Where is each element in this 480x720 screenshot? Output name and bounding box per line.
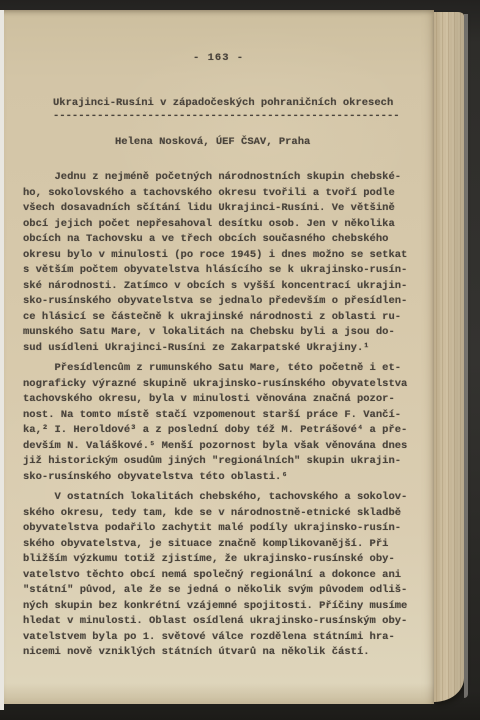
text-line: bližším výzkumu totiž zjistíme, že ukraj… bbox=[23, 552, 407, 568]
text-line: již historickým osudům jiných "regionáln… bbox=[23, 454, 407, 470]
text-line: hledat v minulosti. Oblast osídlená ukra… bbox=[23, 614, 407, 630]
text-line: vatelstvem byla po 1. světové válce rozd… bbox=[23, 630, 407, 646]
page-number: - 163 - bbox=[193, 52, 244, 64]
text-line: ského obyvatelstva, je situace značně ko… bbox=[23, 537, 407, 553]
text-line: nost. Na tomto místě stačí vzpomenout st… bbox=[23, 408, 407, 424]
text-line: sko-rusínského obyvatelstva této oblasti… bbox=[23, 470, 407, 486]
text-line: obcích na Tachovsku a ve třech obcích so… bbox=[23, 232, 407, 248]
text-line: obyvatelstva podařilo zachytit malé podí… bbox=[23, 521, 407, 537]
text-line: sko-rusínského obyvatelstva se jednalo p… bbox=[23, 294, 407, 310]
text-line: všech dosavadních sčítání lidu Ukrajinci… bbox=[23, 201, 407, 217]
text-line: obcí jejich počet nepřesahoval desítku o… bbox=[23, 217, 407, 233]
document-page: - 163 - Ukrajinci-Rusíni v západočeských… bbox=[4, 10, 434, 704]
text-line: vatelstvo těchto obcí nemá společný regi… bbox=[23, 568, 407, 584]
text-line: munského Satu Mare, v lokalitách na Cheb… bbox=[23, 325, 407, 341]
book-fore-edge-pages bbox=[434, 12, 464, 702]
text-line: ho, sokolovského a tachovského okresu tv… bbox=[23, 186, 407, 202]
text-line: sud usídleni Ukrajinci-Rusíni ze Zakarpa… bbox=[23, 341, 407, 357]
body-text: Jednu z nejméně početných národnostních … bbox=[23, 170, 407, 661]
text-line: s větším počtem obyvatelstva hlásícího s… bbox=[23, 263, 407, 279]
author-line: Helena Nosková, ÚEF ČSAV, Praha bbox=[115, 136, 310, 148]
paragraph: V ostatních lokalitách chebského, tachov… bbox=[23, 490, 407, 661]
text-line: ných skupin bez konkrétní vzájemné spoji… bbox=[23, 599, 407, 615]
text-line: Jednu z nejméně početných národnostních … bbox=[23, 170, 407, 186]
text-line: V ostatních lokalitách chebského, tachov… bbox=[23, 490, 407, 506]
text-line: devším N. Valáškové.⁵ Menší pozornost by… bbox=[23, 439, 407, 455]
text-line: nograficky výrazné skupině ukrajinsko-ru… bbox=[23, 377, 407, 393]
title-underline: ----------------------------------------… bbox=[53, 110, 400, 122]
text-line: ka,² I. Heroldové³ a z poslední doby též… bbox=[23, 423, 407, 439]
paragraph: Přesídlencům z rumunského Satu Mare, tét… bbox=[23, 361, 407, 485]
article-title: Ukrajinci-Rusíni v západočeských pohrani… bbox=[53, 97, 393, 109]
text-line: nicemi nově vzniklých státních útvarů na… bbox=[23, 645, 407, 661]
text-line: tachovského okresu, byla v minulosti věn… bbox=[23, 392, 407, 408]
text-line: Přesídlencům z rumunského Satu Mare, tét… bbox=[23, 361, 407, 377]
book-cover-edge bbox=[464, 14, 468, 698]
text-line: ce hlásicí se částečně k ukrajinské náro… bbox=[23, 310, 407, 326]
text-line: ského okresu, tedy tam, kde se v národno… bbox=[23, 506, 407, 522]
paragraph: Jednu z nejméně početných národnostních … bbox=[23, 170, 407, 356]
text-line: "státní" původ, ale že se jedná o několi… bbox=[23, 583, 407, 599]
text-line: okresu bylo v minulosti (po roce 1945) i… bbox=[23, 248, 407, 264]
text-line: ské národnosti. Zatímco v obcích s vyšší… bbox=[23, 279, 407, 295]
